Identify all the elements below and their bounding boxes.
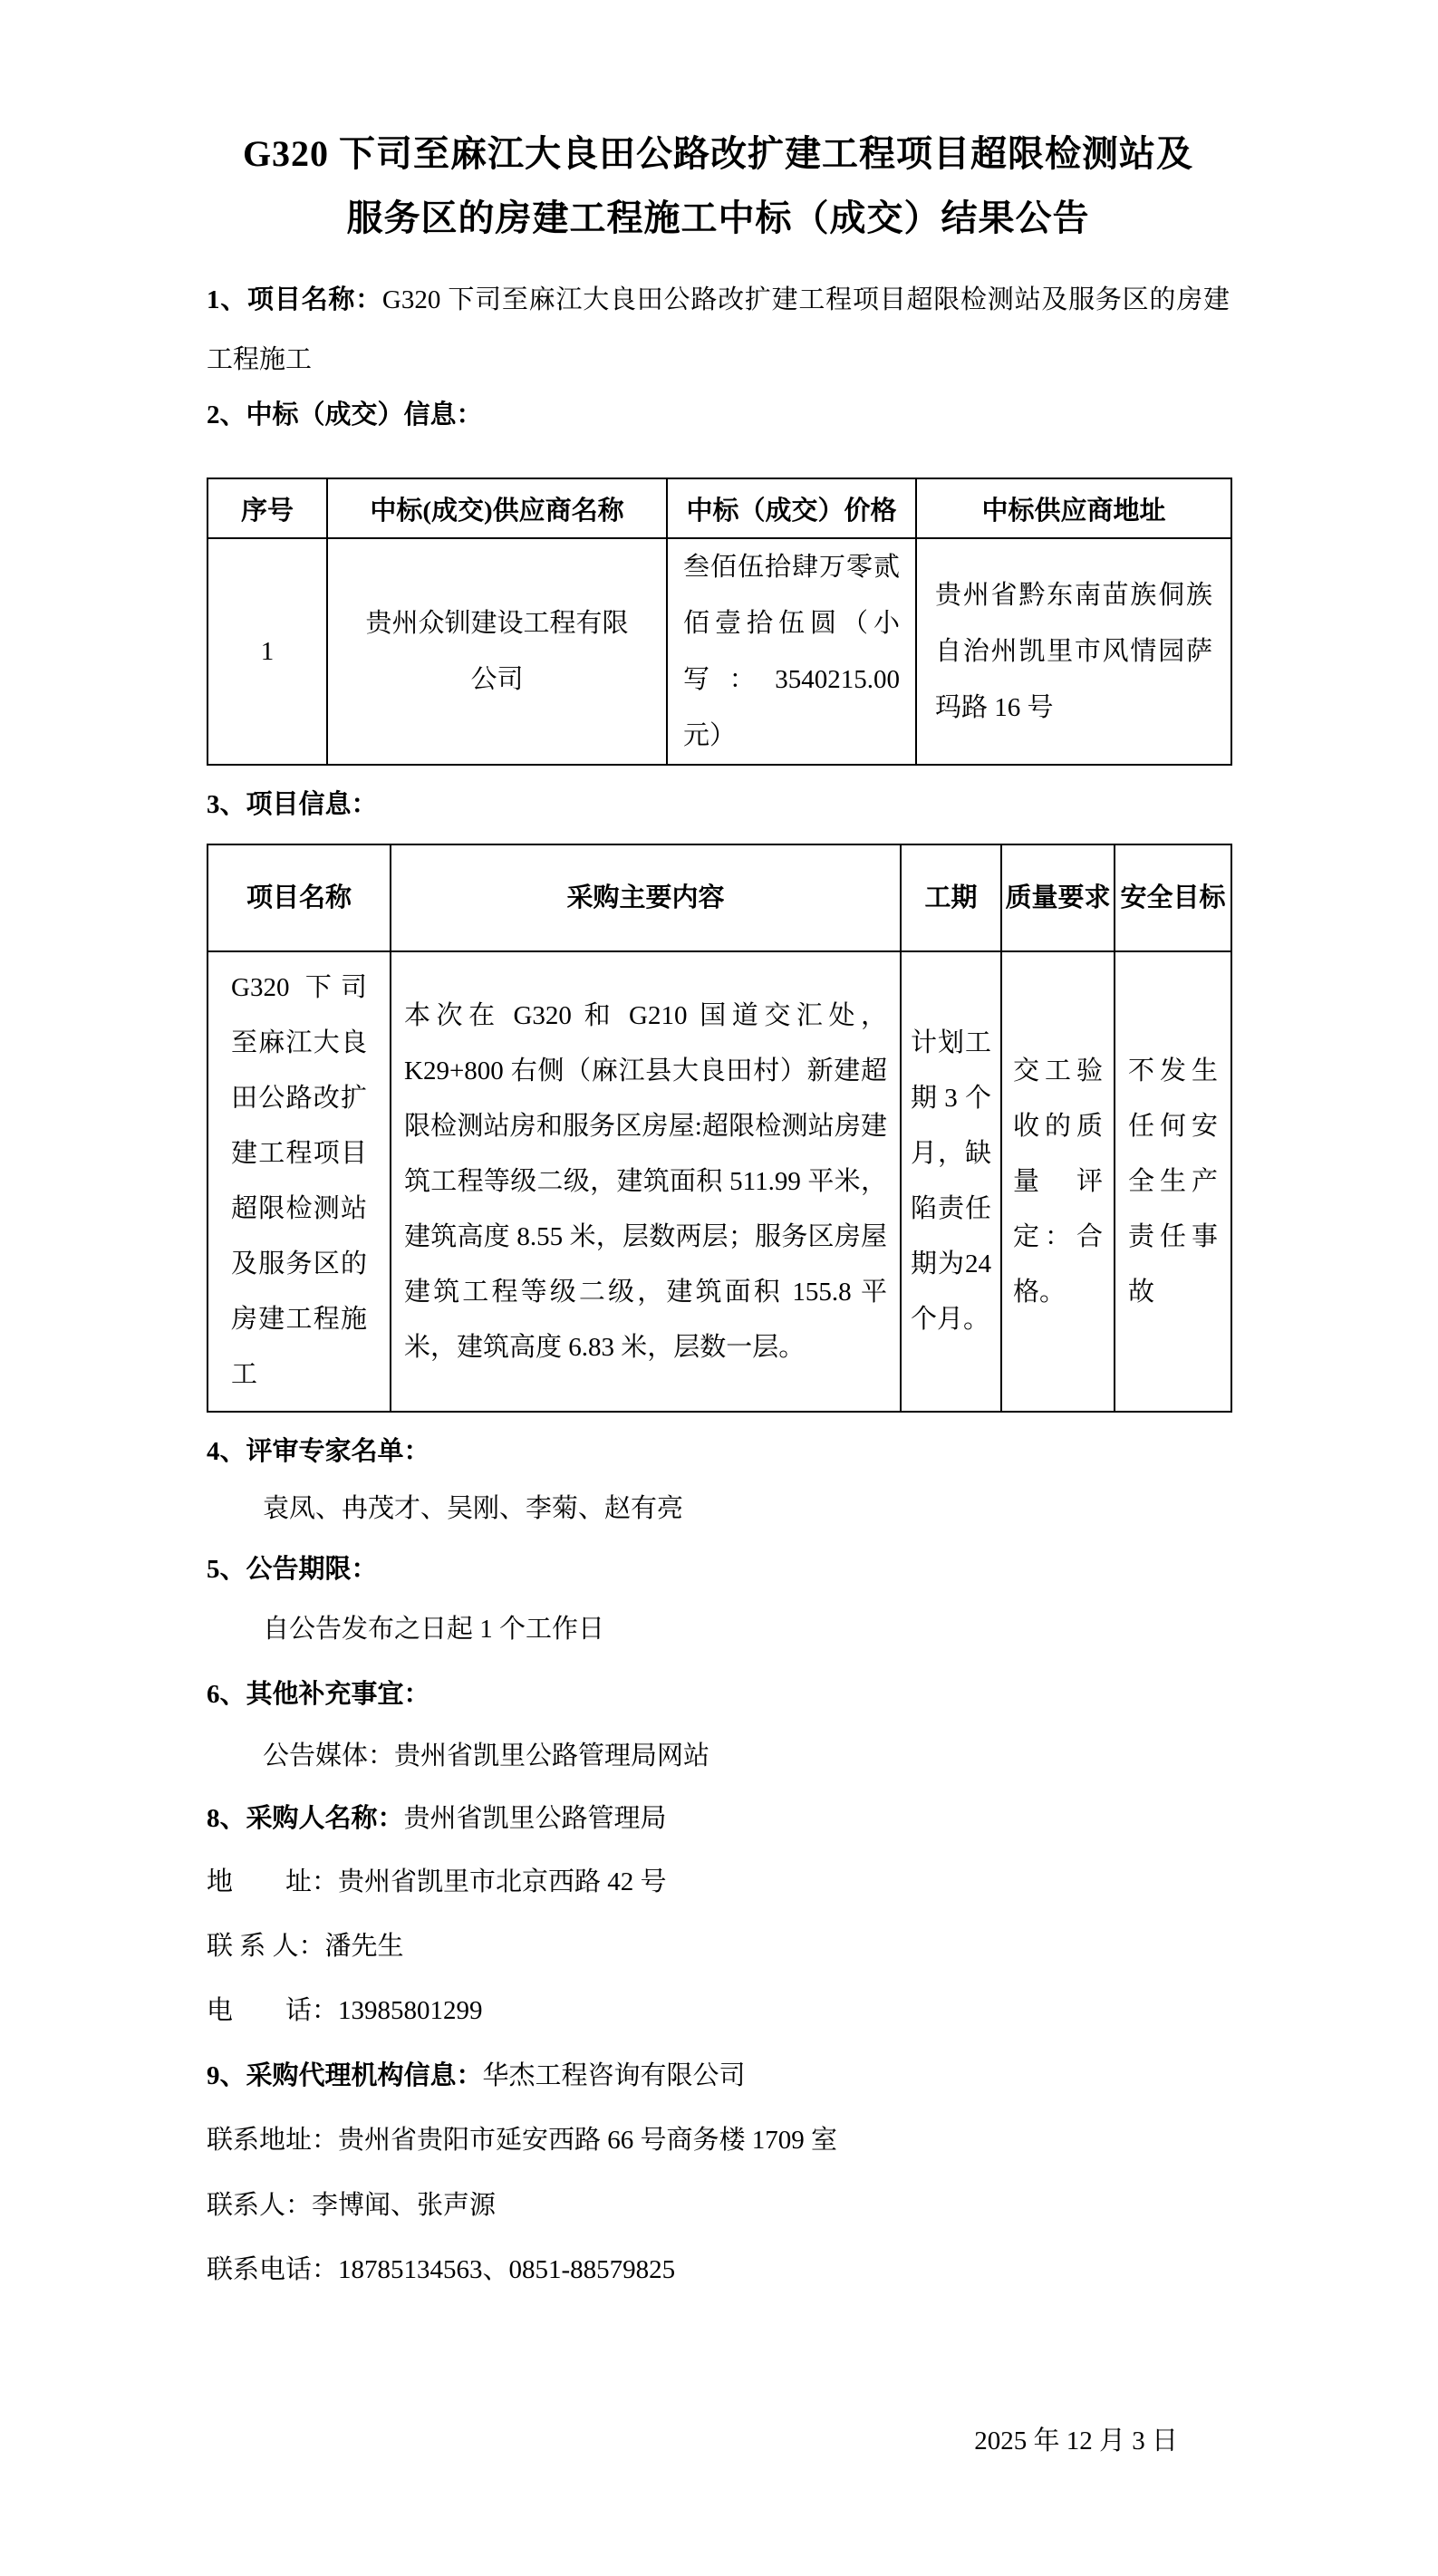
purchaser-contact-line: 联 系 人：潘先生 [207, 1933, 1230, 1960]
agency-address-line: 联系地址：贵州省贵阳市延安西路 66 号商务楼 1709 室 [207, 2127, 1230, 2154]
award-table-header-row: 序号 中标(成交)供应商名称 中标（成交）价格 中标供应商地址 [207, 478, 1231, 538]
project-header-name: 项目名称 [207, 844, 391, 951]
agency-label: 9、采购代理机构信息： [207, 2061, 483, 2090]
project-cell-content: 本次在 G320 和 G210 国道交汇处，K29+800 右侧（麻江县大良田村… [391, 951, 901, 1412]
project-header-safety: 安全目标 [1115, 844, 1231, 951]
section-6-heading: 6、其他补充事宜： [207, 1681, 1230, 1708]
purchaser-name: 贵州省凯里公路管理局 [404, 1804, 667, 1833]
project-table-data-row: G320 下司至麻江大良田公路改扩建工程项目超限检测站及服务区的房建工程施工 本… [207, 951, 1231, 1412]
agency-contact-line: 联系人：李博闻、张声源 [207, 2192, 1230, 2219]
announcement-page: { "title": { "line1": "G320 下司至麻江大良田公路改扩… [0, 0, 1438, 2576]
section-1-label: 1、项目名称： [207, 285, 382, 314]
purchaser-address: 贵州省凯里市北京西路 42 号 [338, 1867, 667, 1896]
project-cell-safety: 不发生任何安全生产责任事故 [1115, 951, 1231, 1412]
project-header-duration: 工期 [901, 844, 1001, 951]
award-header-seq: 序号 [207, 478, 327, 538]
award-table: 序号 中标(成交)供应商名称 中标（成交）价格 中标供应商地址 1 贵州众钏建设… [207, 478, 1232, 766]
purchaser-address-label: 地 址： [207, 1867, 338, 1896]
section-1-paragraph: 1、项目名称：G320 下司至麻江大良田公路改扩建工程项目超限检测站及服务区的房… [207, 270, 1230, 390]
agency-phone-line: 联系电话：18785134563、0851-88579825 [207, 2256, 1230, 2283]
project-cell-quality: 交工验收的质量评定：合格。 [1001, 951, 1115, 1412]
project-cell-duration: 计划工期3个月，缺陷责任期为24 个月。 [901, 951, 1001, 1412]
award-table-data-row: 1 贵州众钏建设工程有限公司 叁佰伍拾肆万零贰佰壹拾伍圆（小写：3540215.… [207, 538, 1231, 765]
award-cell-price: 叁佰伍拾肆万零贰佰壹拾伍圆（小写：3540215.00 元） [667, 538, 916, 765]
project-table: 项目名称 采购主要内容 工期 质量要求 安全目标 G320 下司至麻江大良田公路… [207, 844, 1232, 1413]
purchaser-contact-label: 联 系 人： [207, 1932, 325, 1961]
award-header-price: 中标（成交）价格 [667, 478, 916, 538]
project-cell-name: G320 下司至麻江大良田公路改扩建工程项目超限检测站及服务区的房建工程施工 [207, 951, 391, 1412]
award-header-supplier: 中标(成交)供应商名称 [327, 478, 667, 538]
agency-phone-label: 联系电话： [207, 2255, 338, 2284]
agency-contact-label: 联系人： [207, 2191, 312, 2220]
award-cell-seq: 1 [207, 538, 327, 765]
purchaser-label: 8、采购人名称： [207, 1804, 404, 1833]
award-cell-supplier: 贵州众钏建设工程有限公司 [327, 538, 667, 765]
section-5-heading: 5、公告期限： [207, 1556, 1230, 1583]
publish-date: 2025 年 12 月 3 日 [207, 2427, 1230, 2455]
project-header-content: 采购主要内容 [391, 844, 901, 951]
purchaser-address-line: 地 址：贵州省凯里市北京西路 42 号 [207, 1868, 1230, 1896]
purchaser-contact: 潘先生 [325, 1932, 404, 1961]
page-title-line1: G320 下司至麻江大良田公路改扩建工程项目超限检测站及 [207, 121, 1230, 186]
section-8-heading: 8、采购人名称：贵州省凯里公路管理局 [207, 1805, 1230, 1832]
purchaser-phone: 13985801299 [338, 1996, 483, 2025]
expert-names: 袁凤、冉茂才、吴刚、李菊、赵有亮 [207, 1495, 1230, 1522]
announcement-period: 自公告发布之日起 1 个工作日 [207, 1616, 1230, 1643]
section-9-heading: 9、采购代理机构信息：华杰工程咨询有限公司 [207, 2062, 1230, 2089]
document-body: G320 下司至麻江大良田公路改扩建工程项目超限检测站及 服务区的房建工程施工中… [0, 0, 1438, 2455]
section-3-heading: 3、项目信息： [207, 791, 1230, 818]
announcement-media: 公告媒体：贵州省凯里公路管理局网站 [207, 1742, 1230, 1770]
agency-address-label: 联系地址： [207, 2126, 338, 2155]
agency-name: 华杰工程咨询有限公司 [483, 2061, 746, 2090]
project-table-header-row: 项目名称 采购主要内容 工期 质量要求 安全目标 [207, 844, 1231, 951]
award-header-address: 中标供应商地址 [916, 478, 1231, 538]
agency-phone: 18785134563、0851-88579825 [338, 2255, 675, 2284]
purchaser-phone-line: 电 话：13985801299 [207, 1997, 1230, 2024]
agency-address: 贵州省贵阳市延安西路 66 号商务楼 1709 室 [338, 2126, 837, 2155]
section-2-heading: 2、中标（成交）信息： [207, 401, 1230, 429]
project-header-quality: 质量要求 [1001, 844, 1115, 951]
award-cell-address: 贵州省黔东南苗族侗族自治州凯里市风情园萨玛路 16 号 [916, 538, 1231, 765]
section-4-heading: 4、评审专家名单： [207, 1438, 1230, 1465]
agency-contact: 李博闻、张声源 [312, 2191, 496, 2220]
purchaser-phone-label: 电 话： [207, 1996, 338, 2025]
page-title-line2: 服务区的房建工程施工中标（成交）结果公告 [207, 186, 1230, 250]
